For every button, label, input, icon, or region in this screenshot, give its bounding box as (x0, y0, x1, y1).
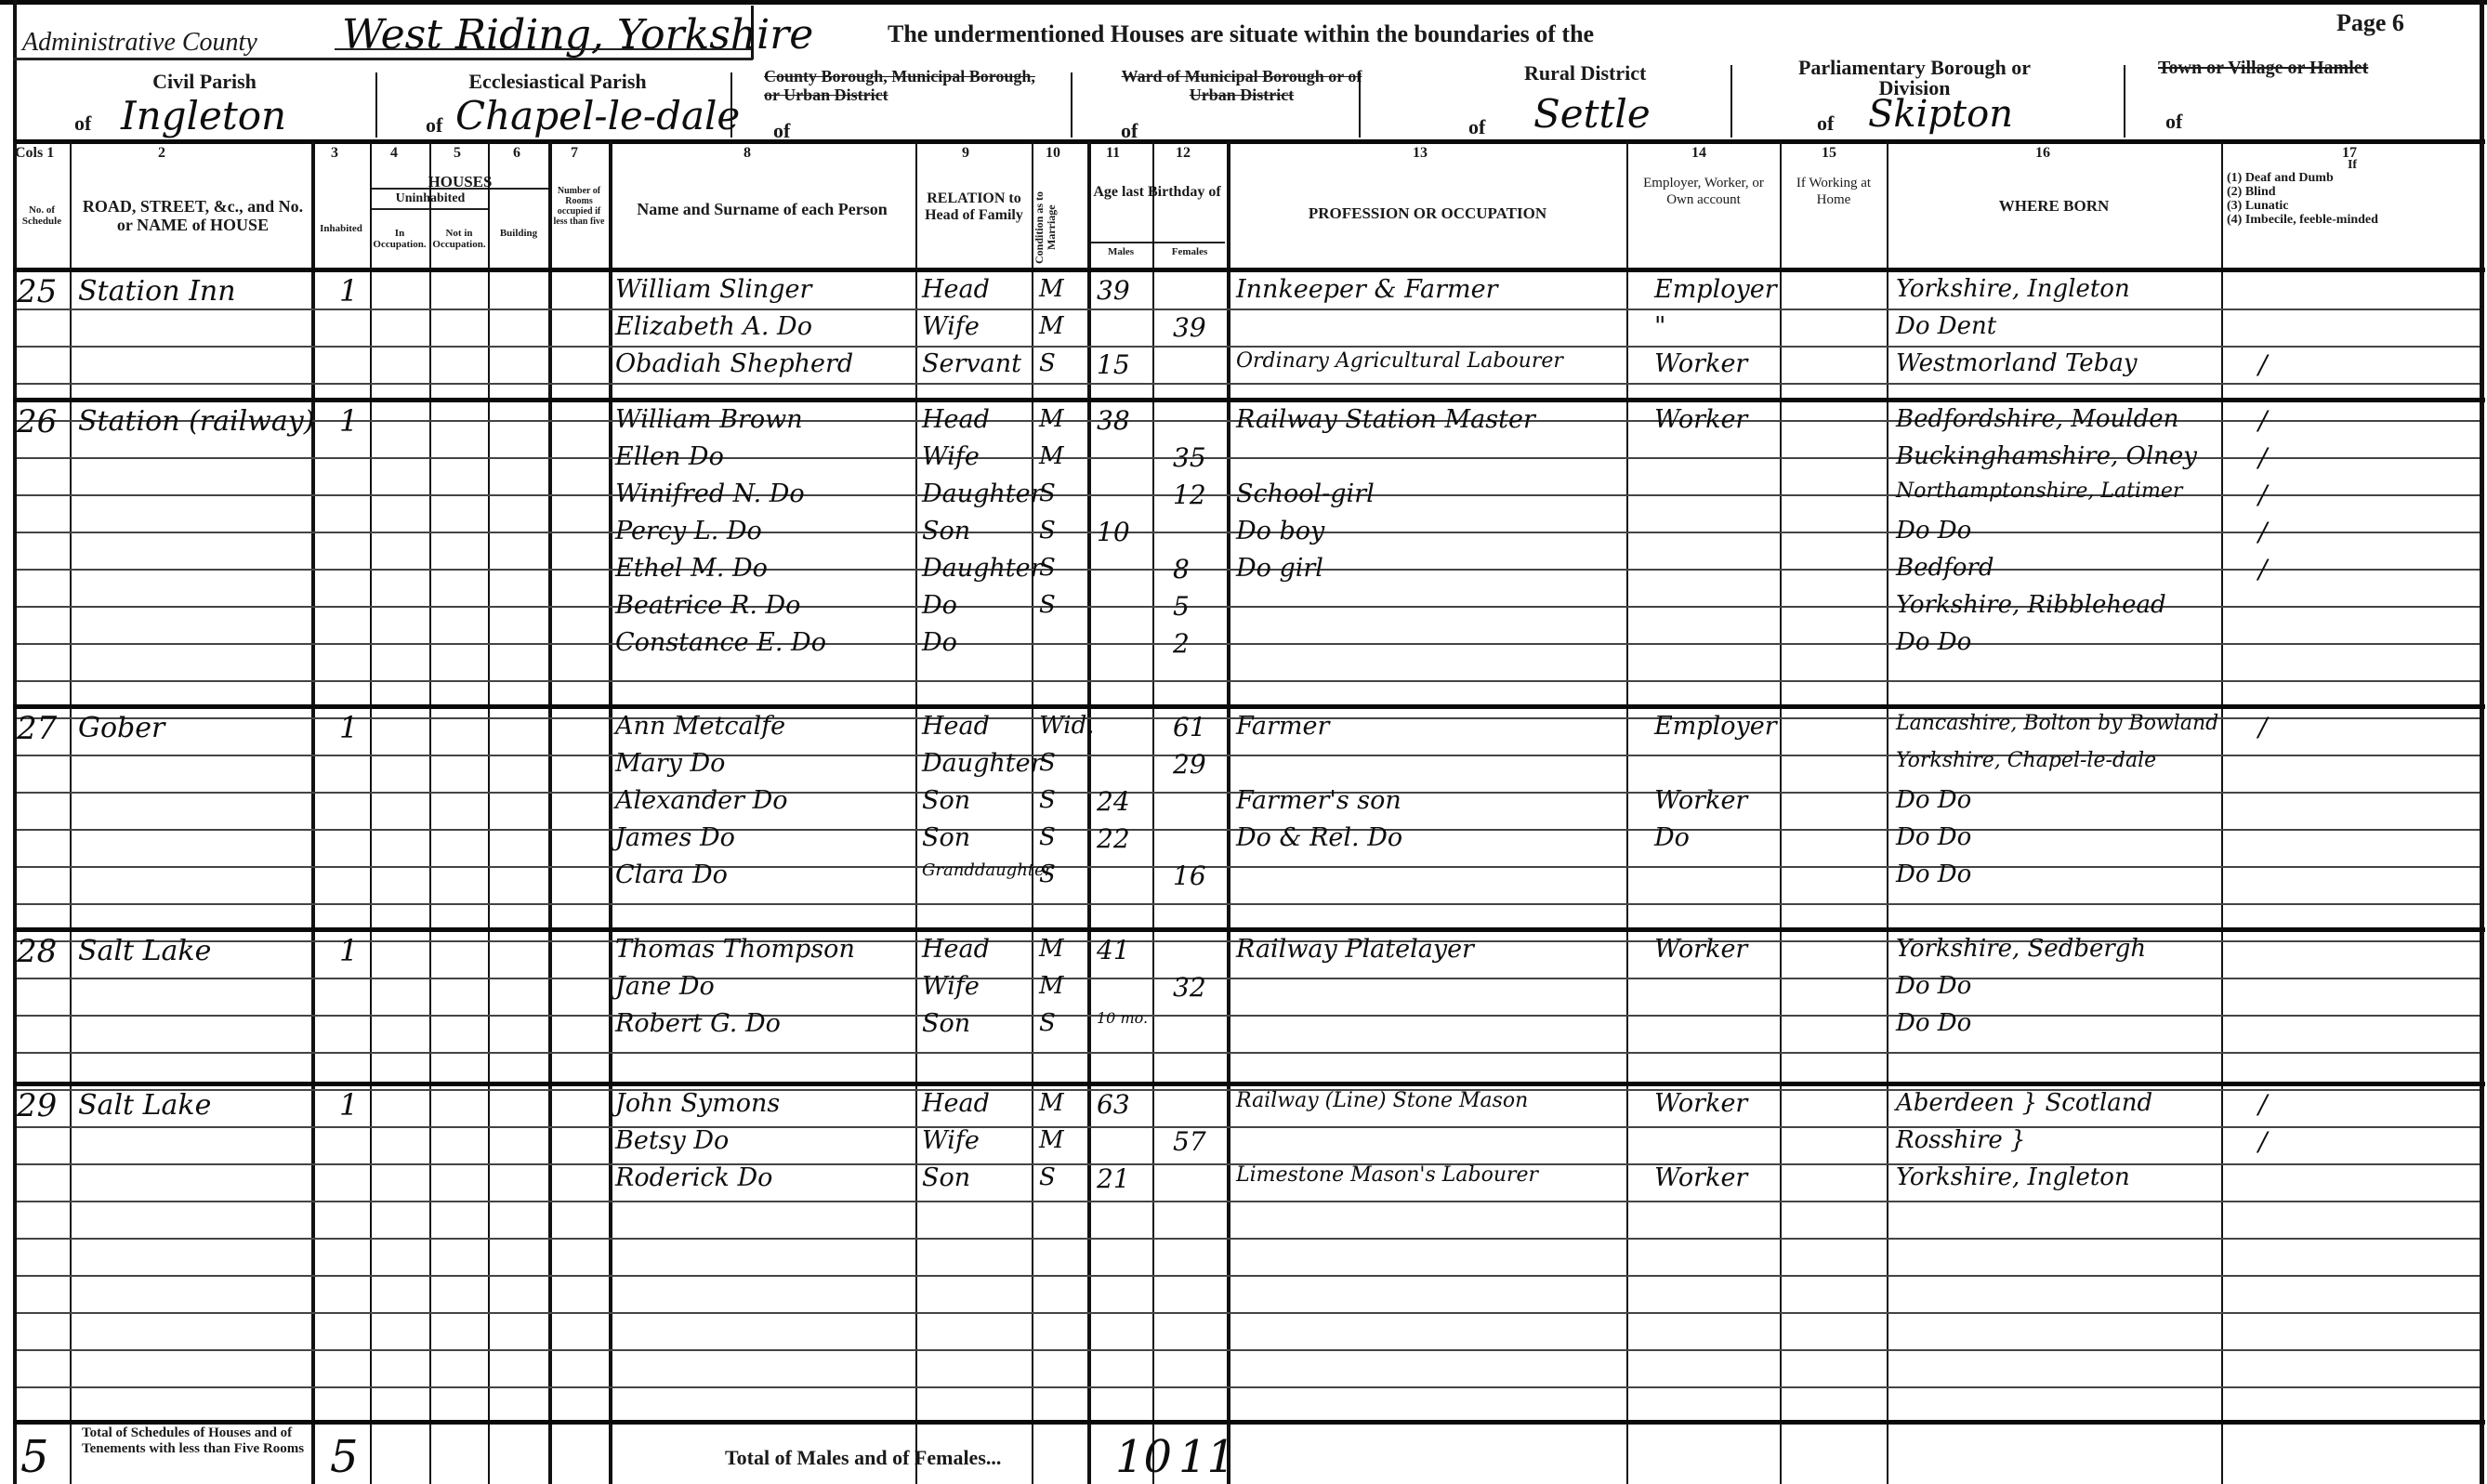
column-number: Cols 1 (15, 145, 54, 162)
schedule-number: 27 (17, 710, 57, 747)
person-name: John Symons (615, 1089, 780, 1118)
infirmity-mark: / (2258, 517, 2267, 547)
employer-status: Employer (1654, 275, 1777, 304)
employer-status: Worker (1654, 786, 1747, 815)
inhabited-count: 1 (339, 1087, 358, 1123)
schedules-total-label: Total of Schedules of Houses and of Tene… (82, 1425, 305, 1457)
female-age: 61 (1173, 712, 1206, 742)
marital-condition: S (1039, 591, 1056, 619)
page-number: Page 6 (2336, 9, 2404, 37)
occupation: Ordinary Agricultural Labourer (1236, 349, 1563, 373)
column-number: 16 (2035, 145, 2050, 162)
relation: Head (922, 935, 990, 964)
birthplace: Do Dent (1896, 312, 1996, 340)
of-label: of (1817, 112, 1834, 136)
col-working-home-header: If Working at Home (1783, 175, 1885, 208)
person-row[interactable] (609, 1160, 2481, 1197)
employer-status: Worker (1654, 935, 1747, 964)
males-females-total-label: Total of Males and of Females... (725, 1446, 1001, 1470)
females-total: 11 (1178, 1431, 1235, 1483)
schedule-number: 29 (17, 1087, 57, 1124)
schedule-number: 25 (17, 273, 57, 310)
male-age: 41 (1097, 935, 1130, 965)
house-name: Gober (78, 712, 164, 744)
birthplace: Aberdeen } Scotland (1896, 1089, 2152, 1117)
of-label: of (426, 113, 442, 138)
inhabited-count: 1 (339, 710, 358, 745)
marital-condition: M (1039, 935, 1064, 963)
relation: Wife (922, 1126, 980, 1155)
marital-condition: S (1039, 860, 1056, 888)
occupation: Farmer (1236, 712, 1329, 741)
male-age: 22 (1097, 823, 1130, 854)
birthplace: Bedford (1896, 554, 1994, 582)
column-number: 13 (1413, 145, 1428, 162)
ruling-line (17, 1238, 2480, 1240)
ruling-line (17, 1312, 2480, 1314)
female-age: 2 (1173, 628, 1190, 659)
relation: Daughter (922, 749, 1043, 778)
female-age: 39 (1173, 312, 1206, 343)
town-label: Town or Village or Hamlet (2158, 58, 2368, 79)
col-females-header: Females (1154, 246, 1225, 257)
males-total: 10 (1115, 1431, 1172, 1483)
house-name: Station Inn (78, 275, 236, 308)
header-divider (13, 139, 2485, 144)
person-row[interactable] (609, 857, 2481, 894)
marital-condition: S (1039, 517, 1056, 545)
person-name: Betsy Do (615, 1126, 729, 1155)
employer-status: Employer (1654, 712, 1777, 741)
person-row[interactable] (609, 587, 2481, 624)
col-employer-header: Employer, Worker, or Own account (1628, 175, 1779, 208)
person-name: Beatrice R. Do (615, 591, 800, 620)
column-divider (548, 141, 552, 1484)
birthplace: Yorkshire, Ingleton (1896, 1163, 2130, 1191)
county-box-bottom (13, 58, 753, 60)
employer-status: Worker (1654, 405, 1747, 434)
relation: Son (922, 823, 970, 852)
marital-condition: S (1039, 749, 1056, 777)
female-age: 12 (1173, 479, 1206, 510)
divider (2124, 65, 2125, 138)
column-number: 14 (1691, 145, 1706, 162)
infirmity-mark: / (2258, 405, 2267, 436)
of-label: of (1468, 115, 1485, 139)
male-age: 10 mo. (1097, 1009, 1148, 1027)
column-number: 4 (390, 145, 398, 162)
relation: Wife (922, 442, 980, 471)
person-name: Thomas Thompson (615, 935, 855, 964)
col-inhabited-header: Inhabited (313, 223, 369, 234)
occupation: Do boy (1236, 517, 1324, 545)
person-row[interactable] (609, 968, 2481, 1005)
administrative-county-label: Administrative County (22, 28, 257, 58)
age-underline (1089, 242, 1225, 243)
boundary-note: The undermentioned Houses are situate wi… (888, 20, 1594, 48)
birthplace: Northamptonshire, Latimer (1896, 479, 2182, 503)
col-where-born-header: WHERE BORN (1888, 197, 2219, 216)
birthplace: Rosshire } (1896, 1126, 2026, 1154)
schedules-total: 5 (20, 1431, 49, 1483)
divider (1730, 65, 1732, 138)
of-label: of (74, 112, 91, 136)
column-divider (2481, 141, 2483, 1484)
column-number: 8 (743, 145, 751, 162)
person-name: William Slinger (615, 275, 811, 304)
ecclesiastical-parish-value: Chapel-le-dale (455, 93, 740, 138)
person-row[interactable] (609, 1123, 2481, 1160)
person-name: Alexander Do (615, 786, 787, 815)
divider (730, 72, 732, 138)
rural-district-label: Rural District (1524, 61, 1646, 85)
birthplace: Yorkshire, Ribblehead (1896, 591, 2166, 619)
female-age: 32 (1173, 972, 1206, 1003)
birthplace: Do Do (1896, 517, 1971, 545)
ruling-line (17, 680, 2480, 682)
occupation: Railway (Line) Stone Mason (1236, 1089, 1528, 1112)
column-number: 12 (1176, 145, 1191, 162)
occupation: Railway Platelayer (1236, 935, 1474, 964)
infirmity-deaf-dumb: (1) Deaf and Dumb (2227, 171, 2481, 185)
person-name: Robert G. Do (615, 1009, 781, 1038)
occupation: Limestone Mason's Labourer (1236, 1163, 1538, 1187)
person-row[interactable] (609, 820, 2481, 857)
house-name: Salt Lake (78, 935, 211, 967)
column-number: 7 (571, 145, 578, 162)
birthplace: Do Do (1896, 860, 1971, 888)
employer-status: Worker (1654, 349, 1747, 378)
col-road-header: ROAD, STREET, &c., and No. or NAME of HO… (74, 197, 311, 234)
person-row[interactable] (609, 624, 2481, 662)
female-age: 16 (1173, 860, 1206, 891)
infirmity-blind: (2) Blind (2227, 185, 2481, 199)
infirmity-mark: / (2258, 479, 2267, 510)
person-row[interactable] (609, 513, 2481, 550)
person-name: Mary Do (615, 749, 725, 778)
person-name: Percy L. Do (615, 517, 762, 545)
relation: Head (922, 275, 990, 304)
relation: Wife (922, 312, 980, 341)
civil-parish-label: Civil Parish (102, 70, 307, 94)
marital-condition: Wid. (1039, 712, 1095, 740)
birthplace: Do Do (1896, 823, 1971, 851)
male-age: 21 (1097, 1163, 1130, 1194)
person-row[interactable] (609, 1085, 2481, 1123)
county-underline (335, 48, 753, 50)
person-row[interactable] (609, 476, 2481, 513)
infirmity-mark: / (2258, 349, 2267, 380)
marital-condition: M (1039, 275, 1064, 303)
infirmity-mark: / (2258, 1089, 2267, 1120)
relation: Do (922, 628, 957, 657)
column-number: 6 (513, 145, 520, 162)
person-name: William Brown (615, 405, 803, 434)
female-age: 29 (1173, 749, 1206, 780)
relation: Daughter (922, 554, 1043, 583)
col-in-occupation-header: In Occupation. (372, 228, 428, 250)
schedule-number: 26 (17, 403, 57, 440)
column-number: 3 (331, 145, 338, 162)
infirmity-lunatic: (3) Lunatic (2227, 199, 2481, 213)
person-name: Elizabeth A. Do (615, 312, 812, 341)
marital-condition: M (1039, 405, 1064, 433)
marital-condition: M (1039, 1126, 1064, 1154)
marital-condition: M (1039, 972, 1064, 1000)
infirmity-mark: / (2258, 442, 2267, 473)
inhabited-count: 1 (339, 273, 358, 309)
ruling-line (17, 383, 2480, 385)
ruling-line (17, 1201, 2480, 1202)
person-row[interactable] (609, 271, 2481, 309)
divider (375, 72, 377, 138)
relation: Head (922, 1089, 990, 1118)
column-divider (311, 141, 315, 1484)
marital-condition: S (1039, 554, 1056, 582)
marital-condition: S (1039, 1163, 1056, 1191)
relation: Son (922, 1009, 970, 1038)
relation: Son (922, 517, 970, 545)
column-number: 15 (1822, 145, 1836, 162)
birthplace: Yorkshire, Ingleton (1896, 275, 2130, 303)
marital-condition: S (1039, 786, 1056, 814)
female-age: 35 (1173, 442, 1206, 473)
birthplace: Buckinghamshire, Olney (1896, 442, 2197, 470)
county-borough-label: County Borough, Municipal Borough, or Ur… (764, 67, 1043, 104)
relation: Daughter (922, 479, 1043, 508)
marital-condition: S (1039, 349, 1056, 377)
male-age: 15 (1097, 349, 1130, 380)
column-number: 9 (962, 145, 969, 162)
person-name: Constance E. Do (615, 628, 826, 657)
occupation: Railway Station Master (1236, 405, 1535, 434)
column-number: 10 (1046, 145, 1060, 162)
occupation: Do & Rel. Do (1236, 823, 1402, 852)
schedule-number: 28 (17, 933, 57, 970)
person-name: Obadiah Shepherd (615, 349, 853, 378)
employer-status: Worker (1654, 1163, 1747, 1192)
top-border (0, 0, 2487, 5)
col-not-in-occupation-header: Not in Occupation. (431, 228, 487, 250)
occupation: Do girl (1236, 554, 1323, 583)
ruling-line (17, 903, 2480, 905)
col-infirmity-header: (1) Deaf and Dumb (2) Blind (3) Lunatic … (2227, 171, 2481, 227)
civil-parish-value: Ingleton (121, 93, 286, 138)
house-name: Salt Lake (78, 1089, 211, 1122)
male-age: 10 (1097, 517, 1130, 547)
col-occupation-header: PROFESSION OR OCCUPATION (1229, 204, 1626, 223)
occupation: School-girl (1236, 479, 1375, 508)
relation: Granddaughter (922, 860, 1052, 880)
person-name: Winifred N. Do (615, 479, 805, 508)
inhabited-total: 5 (330, 1431, 359, 1483)
marital-condition: S (1039, 1009, 1056, 1037)
birthplace: Do Do (1896, 628, 1971, 656)
divider (1071, 72, 1072, 138)
ruling-line (17, 1349, 2480, 1351)
occupation: Farmer's son (1236, 786, 1401, 815)
houses-underline (370, 188, 548, 190)
employer-status: " (1654, 312, 1665, 341)
column-number: 2 (158, 145, 165, 162)
infirmity-mark: / (2258, 554, 2267, 584)
person-name: James Do (615, 823, 735, 852)
infirmity-mark: / (2258, 712, 2267, 742)
birthplace: Do Do (1896, 1009, 1971, 1037)
inhabited-count: 1 (339, 403, 358, 439)
infirmity-imbecile: (4) Imbecile, feeble-minded (2227, 213, 2481, 227)
ward-label: Ward of Municipal Borough or of Urban Di… (1102, 67, 1381, 104)
birthplace: Yorkshire, Sedbergh (1896, 935, 2146, 963)
relation: Do (922, 591, 957, 620)
relation: Son (922, 786, 970, 815)
col-rooms-header: Number of Rooms occupied if less than fi… (550, 186, 608, 227)
col-relation-header: RELATION to Head of Family (918, 190, 1030, 224)
col-schedule-header: No. of Schedule (15, 204, 69, 227)
divider (1359, 72, 1361, 138)
relation: Head (922, 405, 990, 434)
female-age: 8 (1173, 554, 1190, 584)
person-row[interactable] (609, 1005, 2481, 1043)
column-number: 5 (454, 145, 461, 162)
col-condition-header: Condition as to Marriage (1033, 186, 1086, 269)
person-row[interactable] (609, 309, 2481, 346)
female-age: 57 (1173, 1126, 1206, 1157)
rural-district-value: Settle (1533, 91, 1651, 137)
totals-divider (13, 1420, 2485, 1425)
county-box-right (751, 6, 754, 59)
infirmity-mark: / (2258, 1126, 2267, 1157)
female-age: 5 (1173, 591, 1190, 622)
male-age: 24 (1097, 786, 1130, 817)
employer-status: Do (1654, 823, 1690, 852)
person-name: Ethel M. Do (615, 554, 768, 583)
col-age-header: Age last Birthday of (1089, 184, 1225, 201)
birthplace: Lancashire, Bolton by Bowland (1896, 712, 2218, 735)
birthplace: Do Do (1896, 786, 1971, 814)
administrative-county-value: West Riding, Yorkshire (342, 11, 813, 59)
person-row[interactable] (609, 745, 2481, 782)
ruling-line (17, 1386, 2480, 1388)
occupation: Innkeeper & Farmer (1236, 275, 1498, 304)
birthplace: Do Do (1896, 972, 1971, 1000)
column-divider (13, 141, 15, 1484)
relation: Head (922, 712, 990, 741)
person-name: Ellen Do (615, 442, 724, 471)
relation: Son (922, 1163, 970, 1192)
relation: Servant (922, 349, 1021, 378)
birthplace: Yorkshire, Chapel-le-dale (1896, 749, 2156, 772)
birthplace: Bedfordshire, Moulden (1896, 405, 2178, 433)
ruling-line (17, 1052, 2480, 1054)
person-row[interactable] (609, 401, 2481, 439)
person-row[interactable] (609, 782, 2481, 820)
house-name: Station (railway) (78, 405, 314, 438)
marital-condition: M (1039, 1089, 1064, 1117)
person-name: Roderick Do (615, 1163, 772, 1192)
birthplace: Westmorland Tebay (1896, 349, 2138, 377)
person-row[interactable] (609, 931, 2481, 968)
column-divider (488, 141, 490, 1484)
of-label: of (2165, 110, 2182, 134)
marital-condition: S (1039, 823, 1056, 851)
person-name: Clara Do (615, 860, 728, 889)
person-name: Jane Do (615, 972, 715, 1001)
male-age: 39 (1097, 275, 1130, 306)
col-name-header: Name and Surname of each Person (613, 200, 911, 218)
male-age: 38 (1097, 405, 1130, 436)
marital-condition: S (1039, 479, 1056, 507)
col-males-header: Males (1089, 246, 1152, 257)
column-number: 11 (1106, 145, 1120, 162)
col-building-header: Building (490, 228, 547, 239)
column-divider (429, 141, 431, 1484)
column-divider (370, 141, 372, 1484)
person-row[interactable] (609, 439, 2481, 476)
employer-status: Worker (1654, 1089, 1747, 1118)
person-row[interactable] (609, 550, 2481, 587)
parliamentary-value: Skipton (1868, 93, 2013, 136)
inhabited-count: 1 (339, 933, 358, 968)
male-age: 63 (1097, 1089, 1130, 1120)
marital-condition: M (1039, 312, 1064, 340)
person-name: Ann Metcalfe (615, 712, 785, 741)
column-divider (70, 141, 72, 1484)
marital-condition: M (1039, 442, 1064, 470)
ruling-line (17, 1275, 2480, 1277)
ecclesiastical-parish-label: Ecclesiastical Parish (437, 70, 678, 94)
relation: Wife (922, 972, 980, 1001)
